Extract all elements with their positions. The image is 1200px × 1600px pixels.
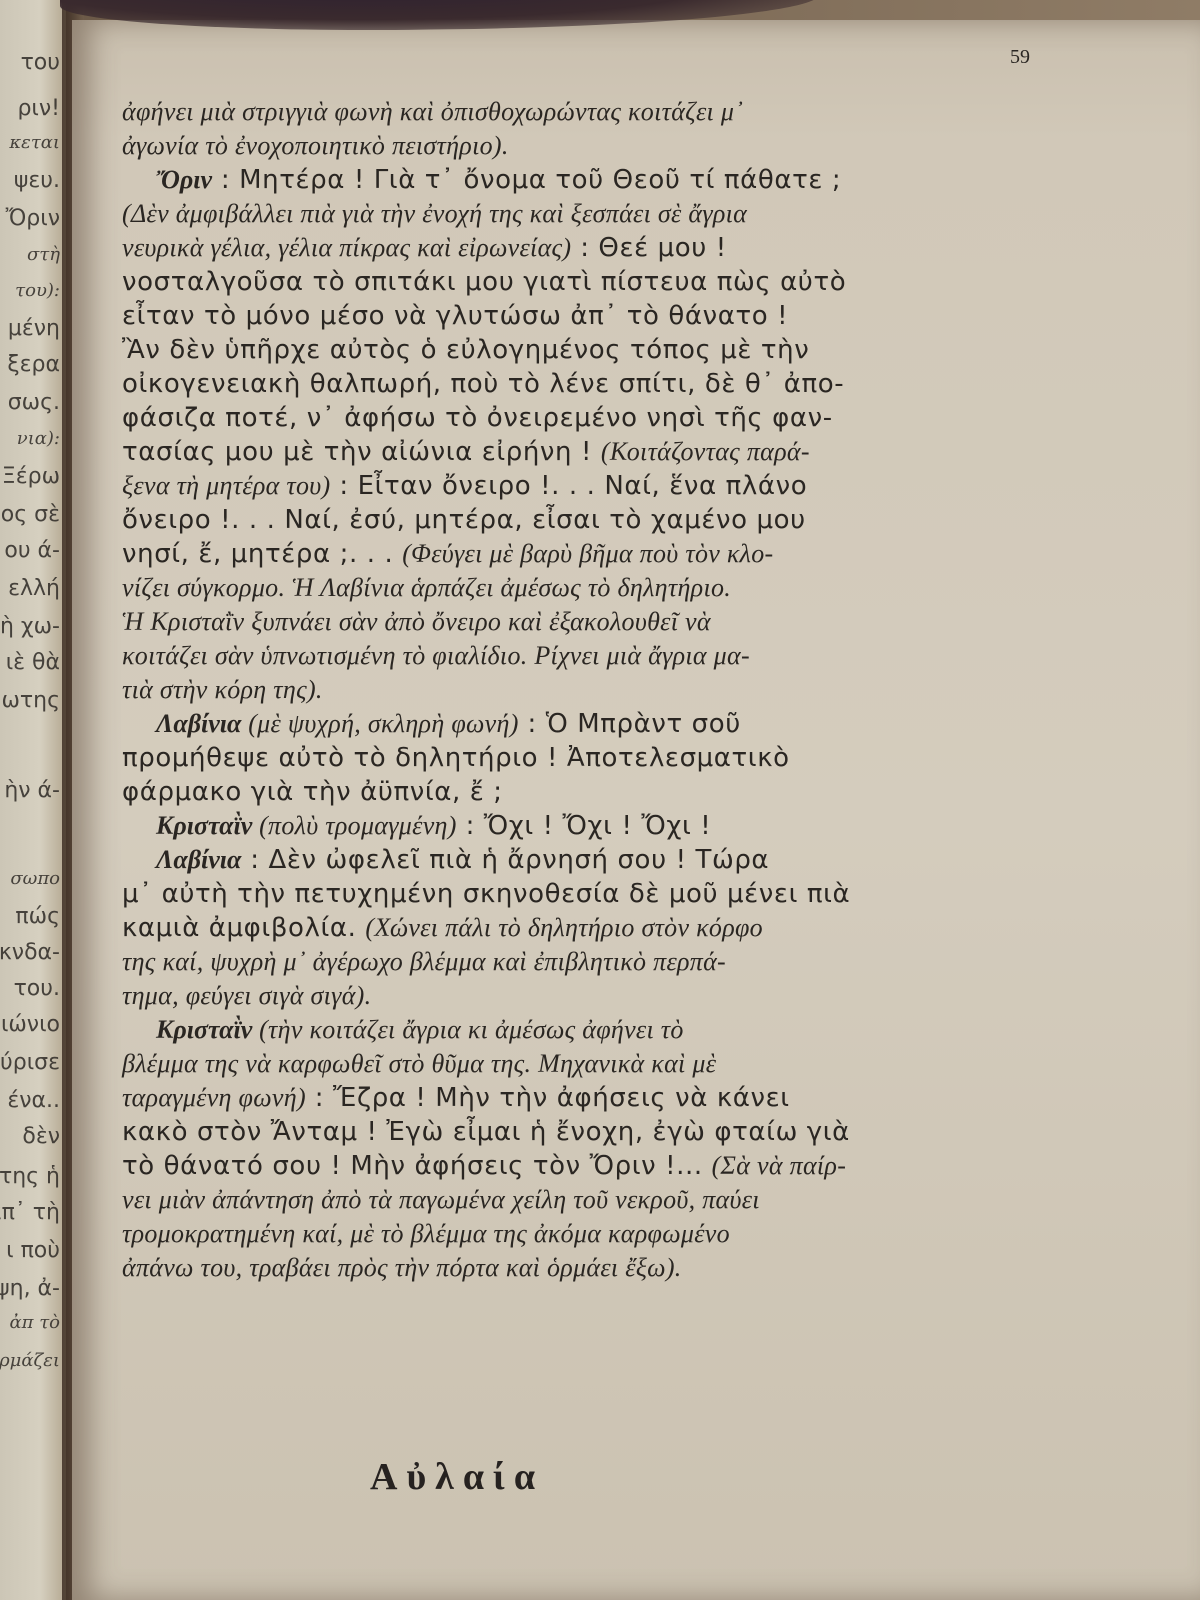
- dialogue-text: τὸ θάνατό σου ! Μὴν ἀφήσεις τὸν Ὄριν !..…: [122, 1151, 712, 1181]
- stage-direction: (μὲ ψυχρή, σκληρὴ φωνή): [241, 709, 518, 738]
- stage-direction: βλέμμα της νὰ καρφωθεῖ στὸ θῦμα της. Μηχ…: [122, 1049, 716, 1078]
- stage-direction: ἀπάνω του, τραβάει πρὸς τὴν πόρτα καὶ ὁρ…: [122, 1253, 682, 1282]
- facing-page-fragment: ιὲ θὰ: [6, 650, 60, 675]
- facing-page-fragment: κνδα-: [0, 940, 60, 965]
- facing-page-fragment: ψη, ἀ-: [0, 1276, 60, 1301]
- dialogue-text: : Ἔζρα ! Μὴν τὴν ἀφήσεις νὰ κάνει: [306, 1083, 790, 1113]
- facing-page-fragment: ι ποὺ: [6, 1238, 60, 1263]
- dialogue-text: : Δὲν ὠφελεῖ πιὰ ἡ ἄρνησή σου ! Τώρα: [241, 845, 769, 875]
- text-line: τὸ θάνατό σου ! Μὴν ἀφήσεις τὸν Ὄριν !..…: [122, 1148, 1122, 1182]
- dialogue-text: : Ὁ Μπρὰντ σοῦ: [519, 709, 741, 739]
- facing-page-fragment: μένη: [8, 316, 60, 341]
- text-line: νησί, ἔ, μητέρα ;. . . (Φεύγει μὲ βαρὺ β…: [122, 536, 1122, 570]
- stage-direction: της καί, ψυχρὴ μ᾽ ἀγέρωχο βλέμμα καὶ ἐπι…: [122, 947, 726, 976]
- play-text-block: ἀφήνει μιὰ στριγγιὰ φωνὴ καὶ ὀπισθοχωρών…: [122, 94, 1122, 1284]
- speaker-name: Ὄριν: [156, 165, 212, 194]
- facing-page-fragment: ὴν ά-: [4, 778, 60, 803]
- stage-direction: κοιτάζει σὰν ὑπνωτισμένη τὸ φιαλίδιο. Ρί…: [122, 641, 750, 670]
- text-line: οἰκογενειακὴ θαλπωρή, ποὺ τὸ λένε σπίτι,…: [122, 366, 1122, 400]
- dialogue-text: εἶταν τὸ μόνο μέσο νὰ γλυτώσω ἀπ᾽ τὸ θάν…: [122, 301, 788, 331]
- dialogue-text: ὄνειρο !. . . Ναί, ἐσύ, μητέρα, εἶσαι τὸ…: [122, 505, 806, 535]
- text-line: Κρισταῒν (τὴν κοιτάζει ἄγρια κι ἀμέσως ἀ…: [122, 1012, 1122, 1046]
- dialogue-text: : Μητέρα ! Γιὰ τ᾽ ὄνομα τοῦ Θεοῦ τί πάθα…: [212, 165, 841, 195]
- dialogue-text: : Ὄχι ! Ὄχι ! Ὄχι !: [457, 811, 712, 841]
- dialogue-text: νησί, ἔ, μητέρα ;. . .: [122, 539, 402, 569]
- dialogue-text: : Θεέ μου !: [571, 233, 727, 263]
- text-line: φάσιζα ποτέ, ν᾽ ἀφήσω τὸ ὀνειρεμένο νησὶ…: [122, 400, 1122, 434]
- facing-page-fragment: ωτης: [1, 688, 60, 713]
- stage-direction: νευρικὰ γέλια, γέλια πίκρας καὶ εἰρωνεία…: [122, 233, 571, 262]
- facing-page-fragment: ύρισε: [0, 1050, 60, 1075]
- stage-direction: ξενα τὴ μητέρα του): [122, 471, 331, 500]
- facing-page-fragment: δὲν: [22, 1124, 60, 1149]
- facing-page-edge: τουριν!κεταιψευ.Ὄρινστὴτου):μένηξερασως.…: [0, 0, 66, 1600]
- stage-direction: (Κοιτάζοντας παρά-: [601, 437, 810, 466]
- text-line: Ἡ Κρισταῒν ξυπνάει σὰν ἀπὸ ὄνειρο καὶ ἐξ…: [122, 604, 1122, 638]
- text-line: Κρισταῒν (πολὺ τρομαγμένη) : Ὄχι ! Ὄχι !…: [122, 808, 1122, 842]
- facing-page-fragment: ριν!: [17, 96, 60, 121]
- text-line: μ᾽ αὐτὴ τὴν πετυχημένη σκηνοθεσία δὲ μοῦ…: [122, 876, 1122, 910]
- stage-direction: ταραγμένη φωνή): [122, 1083, 306, 1112]
- text-line: νίζει σύγκορμο. Ἡ Λαβίνια ἁρπάζει ἀμέσως…: [122, 570, 1122, 604]
- facing-page-fragment: στὴ: [27, 244, 60, 265]
- text-line: νοσταλγοῦσα τὸ σπιτάκι μου γιατὶ πίστευα…: [122, 264, 1122, 298]
- text-line: νευρικὰ γέλια, γέλια πίκρας καὶ εἰρωνεία…: [122, 230, 1122, 264]
- text-line: βλέμμα της νὰ καρφωθεῖ στὸ θῦμα της. Μηχ…: [122, 1046, 1122, 1080]
- facing-page-fragment: ος σὲ: [1, 502, 60, 527]
- text-line: ἀφήνει μιὰ στριγγιὰ φωνὴ καὶ ὀπισθοχωρών…: [122, 94, 1122, 128]
- text-line: ὄνειρο !. . . Ναί, ἐσύ, μητέρα, εἶσαι τὸ…: [122, 502, 1122, 536]
- text-line: τασίας μου μὲ τὴν αἰώνια εἰρήνη ! (Κοιτά…: [122, 434, 1122, 468]
- dialogue-text: προμήθεψε αὐτὸ τὸ δηλητήριο ! Ἀποτελεσμα…: [122, 743, 790, 773]
- facing-page-fragment: ιώνιο: [1, 1012, 60, 1037]
- facing-page-fragment: του: [21, 50, 60, 75]
- facing-page-fragment: σωπο: [10, 868, 60, 889]
- facing-page-fragment: πώς: [15, 904, 60, 929]
- book-page: 59 ἀφήνει μιὰ στριγγιὰ φωνὴ καὶ ὀπισθοχω…: [72, 20, 1200, 1600]
- dialogue-text: Ἂν δὲν ὑπῆρχε αὐτὸς ὁ εὐλογημένος τόπος …: [122, 335, 809, 365]
- text-line: τιὰ στὴν κόρη της).: [122, 672, 1122, 706]
- stage-direction: (Σὰ νὰ παίρ-: [712, 1151, 847, 1180]
- facing-page-fragment: κεται: [9, 132, 60, 153]
- stage-direction: τρομοκρατημένη καί, μὲ τὸ βλέμμα της ἀκό…: [122, 1219, 730, 1248]
- text-line: κοιτάζει σὰν ὑπνωτισμένη τὸ φιαλίδιο. Ρί…: [122, 638, 1122, 672]
- stage-direction: τιὰ στὴν κόρη της).: [122, 675, 323, 704]
- dialogue-text: καμιὰ ἀμφιβολία.: [122, 913, 365, 943]
- facing-page-fragment: ἀπ᾽ τὴ: [0, 1200, 60, 1225]
- stage-direction: νίζει σύγκορμο. Ἡ Λαβίνια ἁρπάζει ἀμέσως…: [122, 573, 731, 602]
- stage-direction: (πολὺ τρομαγμένη): [252, 811, 456, 840]
- page-number: 59: [1010, 46, 1030, 69]
- stage-direction: (Φεύγει μὲ βαρὺ βῆμα ποὺ τὸν κλο-: [402, 539, 773, 568]
- speaker-name: Λαβίνια: [156, 709, 241, 738]
- text-line: Ἂν δὲν ὑπῆρχε αὐτὸς ὁ εὐλογημένος τόπος …: [122, 332, 1122, 366]
- text-line: ἀγωνία τὸ ἐνοχοποιητικὸ πειστήριο).: [122, 128, 1122, 162]
- facing-page-fragment: ἀπ τὸ: [9, 1312, 60, 1333]
- text-line: τρομοκρατημένη καί, μὲ τὸ βλέμμα της ἀκό…: [122, 1216, 1122, 1250]
- speaker-name: Κρισταῒν: [156, 811, 252, 840]
- text-line: φάρμακο γιὰ τὴν ἀϋπνία, ἔ ;: [122, 774, 1122, 808]
- text-line: Ὄριν : Μητέρα ! Γιὰ τ᾽ ὄνομα τοῦ Θεοῦ τί…: [122, 162, 1122, 196]
- facing-page-fragment: Ξέρω: [2, 464, 60, 489]
- facing-page-fragment: του.: [14, 976, 60, 1001]
- facing-page-fragment: ξερα: [7, 352, 60, 377]
- text-line: καμιὰ ἀμφιβολία. (Χώνει πάλι τὸ δηλητήρι…: [122, 910, 1122, 944]
- dialogue-text: τασίας μου μὲ τὴν αἰώνια εἰρήνη !: [122, 437, 601, 467]
- text-line: ξενα τὴ μητέρα του) : Εἶταν ὄνειρο !. . …: [122, 468, 1122, 502]
- facing-page-fragment: της ἡ: [0, 1164, 60, 1189]
- text-line: Λαβίνια : Δὲν ὠφελεῖ πιὰ ἡ ἄρνησή σου ! …: [122, 842, 1122, 876]
- facing-page-fragment: ελλή: [8, 576, 60, 601]
- dialogue-text: κακὸ στὸν Ἄνταμ ! Ἐγὼ εἶμαι ἡ ἔνοχη, ἐγὼ…: [122, 1117, 850, 1147]
- text-line: εἶταν τὸ μόνο μέσο νὰ γλυτώσω ἀπ᾽ τὸ θάν…: [122, 298, 1122, 332]
- stage-direction: Ἡ Κρισταῒν ξυπνάει σὰν ἀπὸ ὄνειρο καὶ ἐξ…: [122, 607, 711, 636]
- dialogue-text: μ᾽ αὐτὴ τὴν πετυχημένη σκηνοθεσία δὲ μοῦ…: [122, 879, 850, 909]
- text-line: νει μιὰν ἀπάντηση ἀπὸ τὰ παγωμένα χείλη …: [122, 1182, 1122, 1216]
- text-line: της καί, ψυχρὴ μ᾽ ἀγέρωχο βλέμμα καὶ ἐπι…: [122, 944, 1122, 978]
- stage-direction: τημα, φεύγει σιγὰ σιγά).: [122, 981, 371, 1010]
- dialogue-text: νοσταλγοῦσα τὸ σπιτάκι μου γιατὶ πίστευα…: [122, 267, 846, 297]
- facing-page-fragment: σως.: [8, 390, 60, 415]
- text-line: κακὸ στὸν Ἄνταμ ! Ἐγὼ εἶμαι ἡ ἔνοχη, ἐγὼ…: [122, 1114, 1122, 1148]
- facing-page-fragment: του):: [15, 280, 60, 301]
- dialogue-text: : Εἶταν ὄνειρο !. . . Ναί, ἕνα πλάνο: [331, 471, 808, 501]
- facing-page-fragment: ένα..: [7, 1088, 60, 1113]
- stage-direction: ἀφήνει μιὰ στριγγιὰ φωνὴ καὶ ὀπισθοχωρών…: [122, 97, 743, 126]
- dialogue-text: φάρμακο γιὰ τὴν ἀϋπνία, ἔ ;: [122, 777, 503, 807]
- speaker-name: Λαβίνια: [156, 845, 241, 874]
- facing-page-fragment: ου ά-: [4, 538, 60, 563]
- text-line: ταραγμένη φωνή) : Ἔζρα ! Μὴν τὴν ἀφήσεις…: [122, 1080, 1122, 1114]
- stage-direction: νει μιὰν ἀπάντηση ἀπὸ τὰ παγωμένα χείλη …: [122, 1185, 760, 1214]
- facing-page-fragment: ρμάζει: [0, 1350, 60, 1371]
- stage-direction: (Δὲν ἀμφιβάλλει πιὰ γιὰ τὴν ἐνοχή της κα…: [122, 199, 747, 228]
- text-line: τημα, φεύγει σιγὰ σιγά).: [122, 978, 1122, 1012]
- facing-page-fragment: ψευ.: [14, 168, 60, 193]
- facing-page-fragment: ὴ χω-: [0, 614, 60, 639]
- photo-scene: τουριν!κεταιψευ.Ὄρινστὴτου):μένηξερασως.…: [0, 0, 1200, 1600]
- stage-direction: (τὴν κοιτάζει ἄγρια κι ἀμέσως ἀφήνει τὸ: [252, 1015, 683, 1044]
- facing-page-fragment: νια):: [17, 428, 60, 449]
- facing-page-fragment: Ὄριν: [6, 206, 60, 231]
- dialogue-text: φάσιζα ποτέ, ν᾽ ἀφήσω τὸ ὀνειρεμένο νησὶ…: [122, 403, 833, 433]
- curtain-heading: Αὐλαία: [370, 1455, 544, 1499]
- stage-direction: (Χώνει πάλι τὸ δηλητήριο στὸν κόρφο: [365, 913, 763, 942]
- text-line: προμήθεψε αὐτὸ τὸ δηλητήριο ! Ἀποτελεσμα…: [122, 740, 1122, 774]
- dialogue-text: οἰκογενειακὴ θαλπωρή, ποὺ τὸ λένε σπίτι,…: [122, 369, 844, 399]
- stage-direction: ἀγωνία τὸ ἐνοχοποιητικὸ πειστήριο).: [122, 131, 509, 160]
- text-line: Λαβίνια (μὲ ψυχρή, σκληρὴ φωνή) : Ὁ Μπρὰ…: [122, 706, 1122, 740]
- text-line: (Δὲν ἀμφιβάλλει πιὰ γιὰ τὴν ἐνοχή της κα…: [122, 196, 1122, 230]
- text-line: ἀπάνω του, τραβάει πρὸς τὴν πόρτα καὶ ὁρ…: [122, 1250, 1122, 1284]
- speaker-name: Κρισταῒν: [156, 1015, 252, 1044]
